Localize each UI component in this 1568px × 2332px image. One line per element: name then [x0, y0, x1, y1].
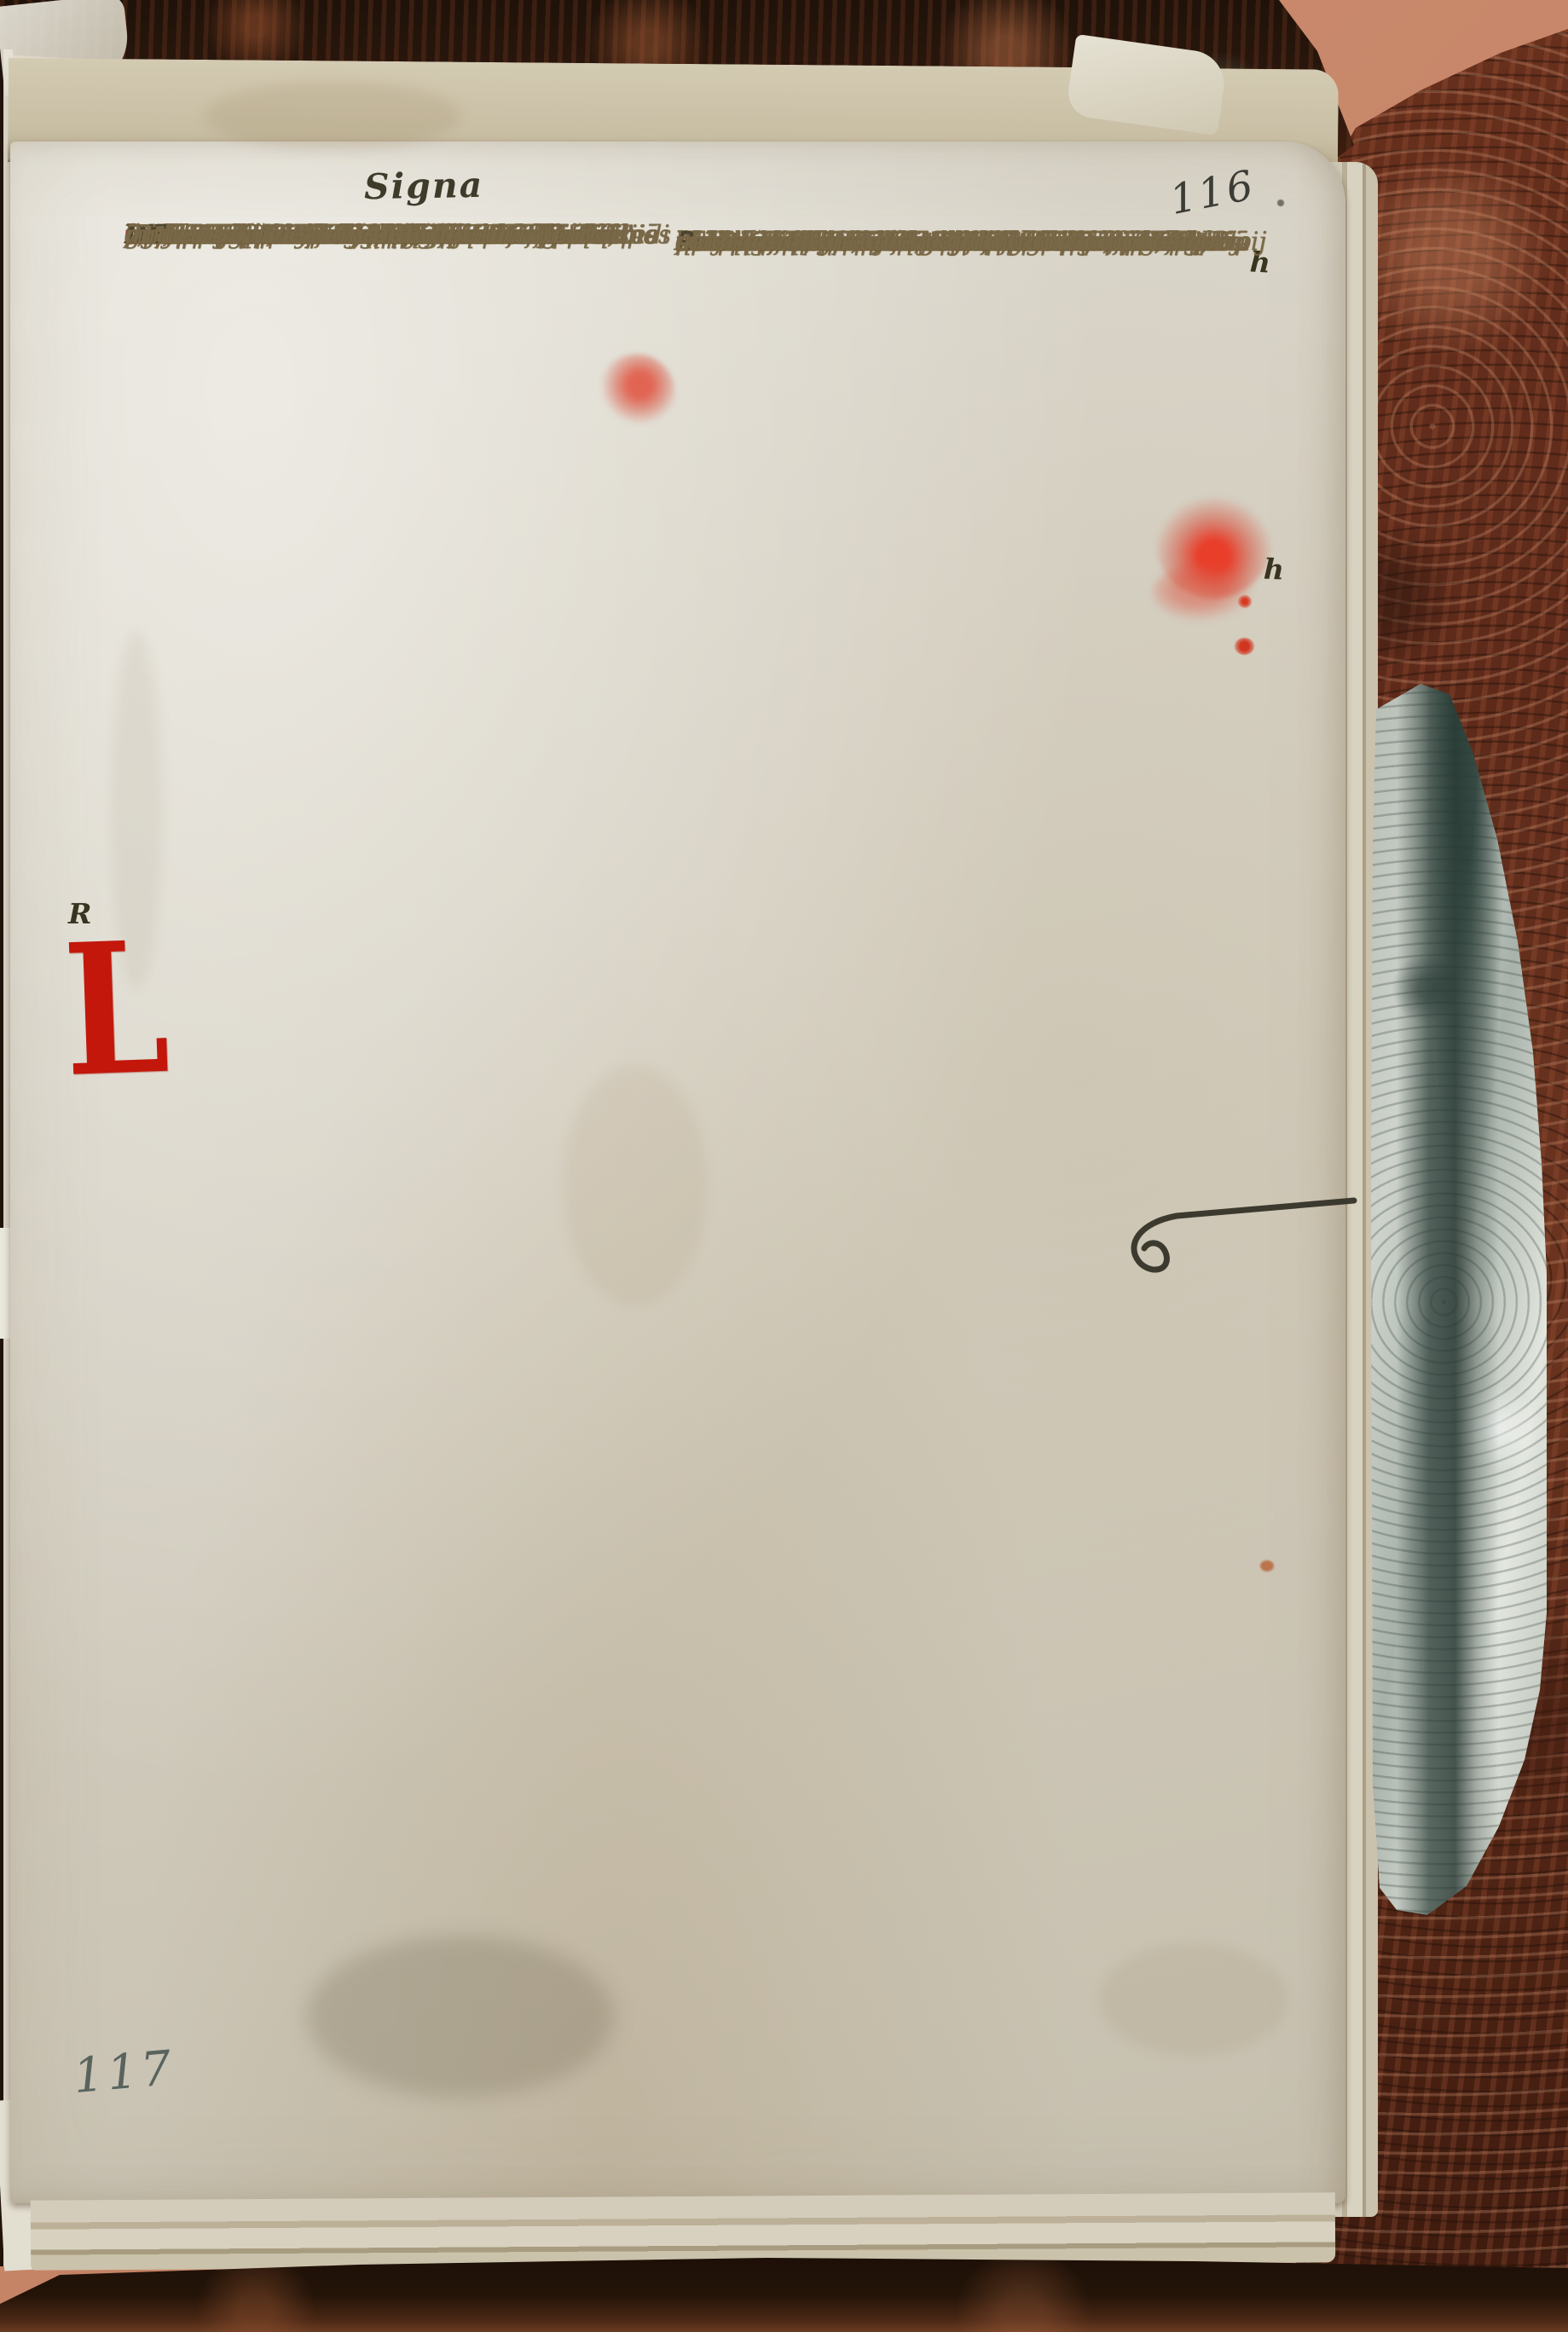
stain — [205, 82, 460, 150]
red-ink-smudge — [1153, 563, 1255, 622]
stain — [1277, 200, 1284, 206]
red-ink-smudge — [597, 354, 675, 432]
stain — [1260, 1560, 1274, 1571]
nota-bracket-mark — [1105, 1189, 1361, 1287]
running-header: Signa — [364, 165, 484, 207]
stain — [563, 1066, 708, 1305]
margin-mark-right-2: h — [1263, 553, 1284, 587]
bottom-leaf-stack — [31, 2192, 1335, 2270]
decorated-initial: L — [61, 923, 171, 1097]
manuscript-photo: Signa 116 117 L R h h ad mod' ripam. In … — [0, 0, 1568, 2332]
pencil-foliation: 117 — [71, 2040, 176, 2104]
stain — [307, 1936, 614, 2098]
red-ink-drip — [1235, 638, 1254, 655]
red-ink-drip — [1238, 595, 1252, 608]
margin-mark-left: R — [68, 897, 91, 930]
stain — [1100, 1944, 1287, 2055]
